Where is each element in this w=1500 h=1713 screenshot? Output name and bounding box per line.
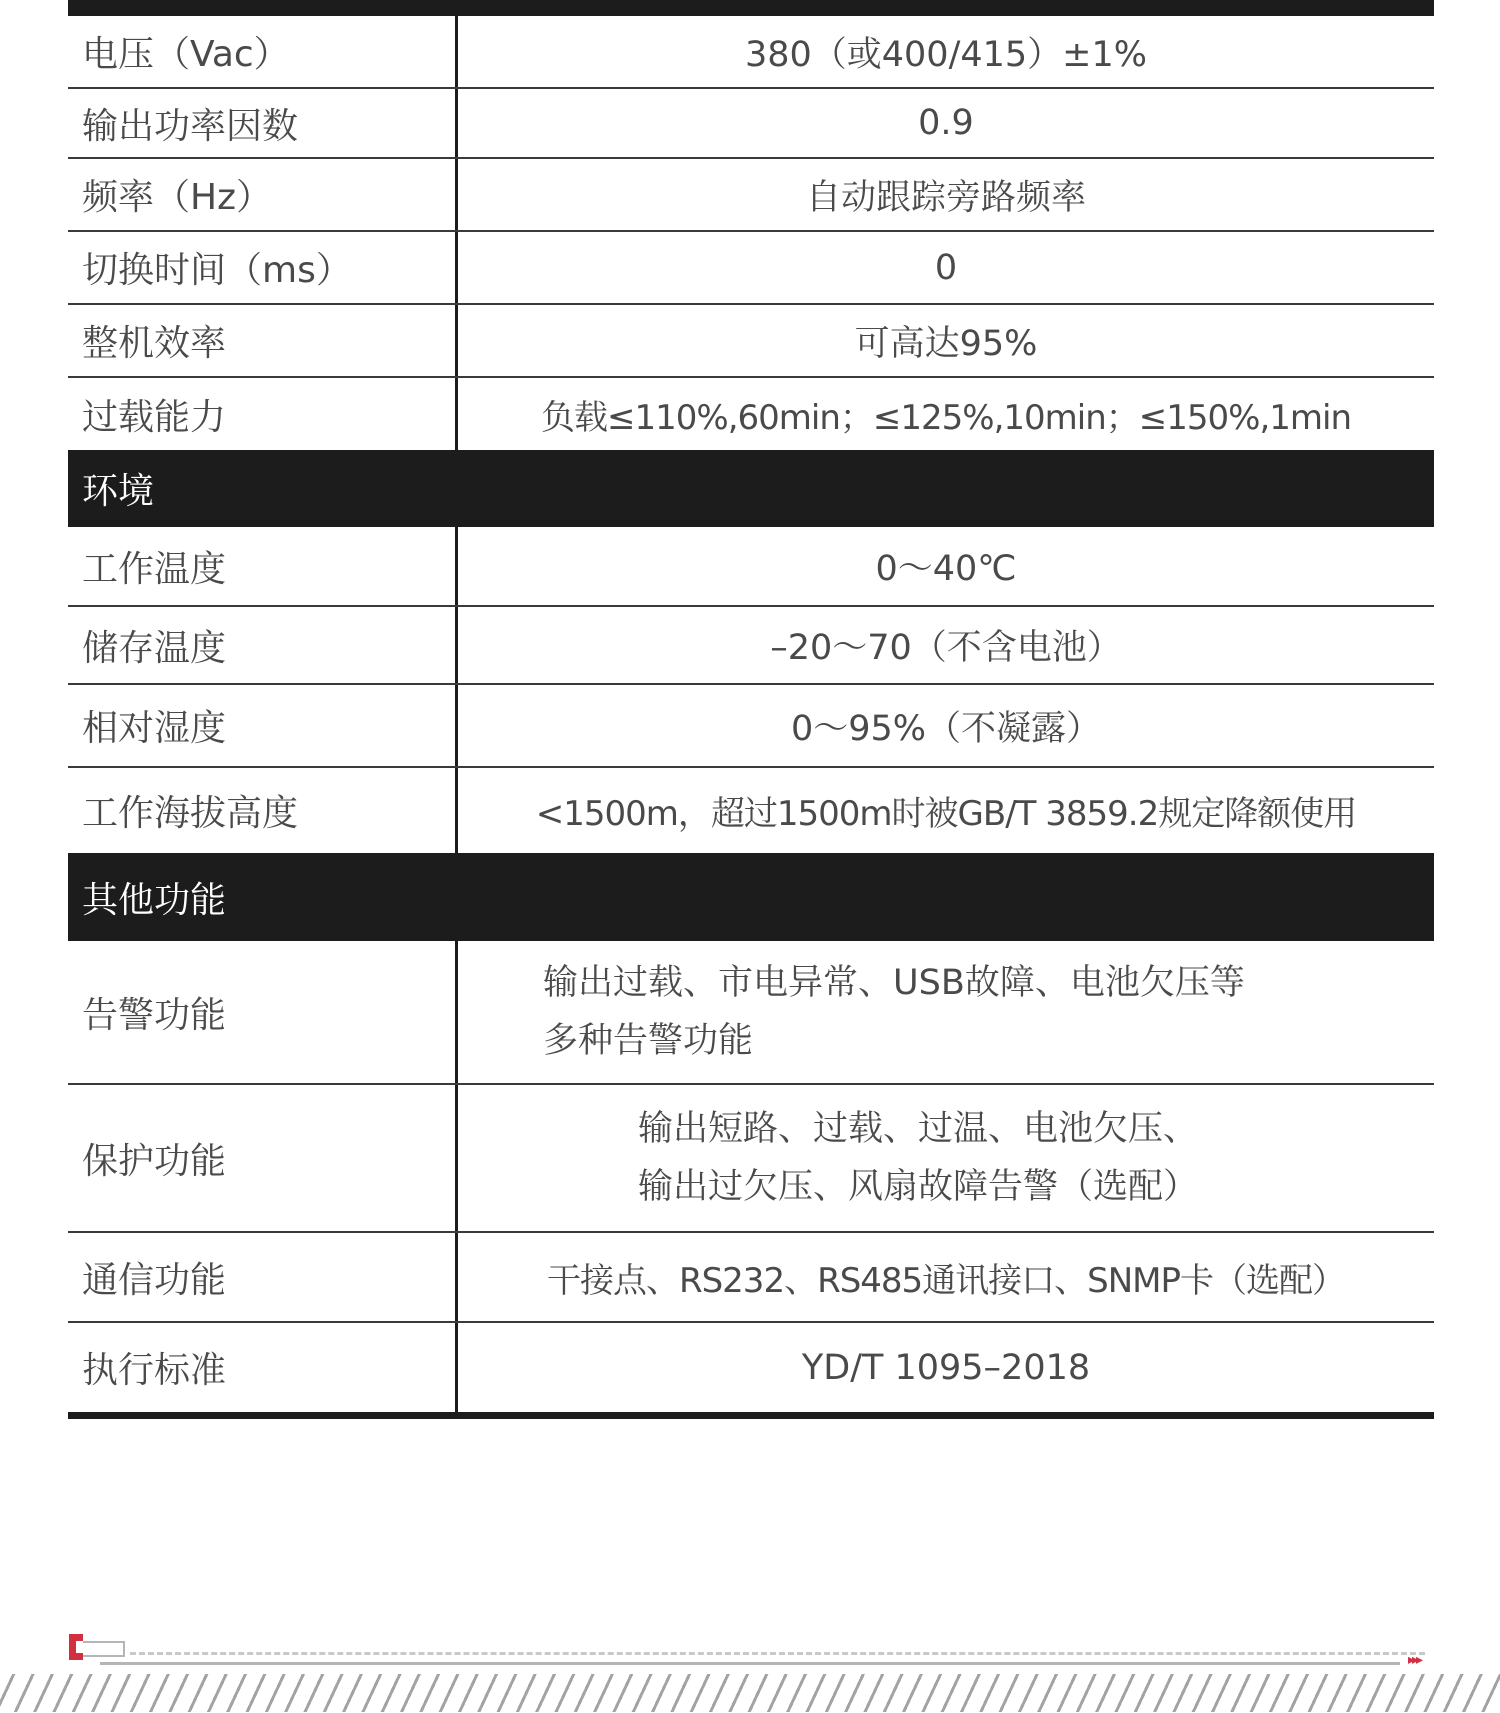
- value-line: 多种告警功能: [543, 1012, 753, 1070]
- row-value: 380（或400/415）±1%: [458, 16, 1434, 87]
- diagonal-hatch-pattern: [0, 1674, 1500, 1712]
- section-header-environment: 环境: [68, 450, 1434, 527]
- row-value: 0～95%（不凝露）: [458, 685, 1434, 766]
- row-label: 相对湿度: [68, 685, 458, 766]
- row-label: 保护功能: [68, 1085, 458, 1231]
- row-label: 执行标准: [68, 1323, 458, 1412]
- row-label: 通信功能: [68, 1233, 458, 1321]
- table-row: 通信功能 干接点、RS232、RS485通讯接口、SNMP卡（选配）: [68, 1233, 1434, 1323]
- row-value: 0.9: [458, 89, 1434, 157]
- table-row: 整机效率 可高达95%: [68, 305, 1434, 378]
- table-row: 输出功率因数 0.9: [68, 89, 1434, 159]
- row-value: 负载≤110%,60min；≤125%,10min；≤150%,1min: [458, 378, 1434, 450]
- row-label: 过载能力: [68, 378, 458, 450]
- row-label: 工作温度: [68, 527, 458, 605]
- row-label: 储存温度: [68, 607, 458, 683]
- row-label: 输出功率因数: [68, 89, 458, 157]
- value-line: 输出过载、市电异常、USB故障、电池欠压等: [543, 954, 1245, 1012]
- table-row: 工作海拔高度 <1500m，超过1500m时被GB/T 3859.2规定降额使用: [68, 768, 1434, 853]
- row-label: 电压（Vac）: [68, 16, 458, 87]
- table-row: 保护功能 输出短路、过载、过温、电池欠压、 输出过欠压、风扇故障告警（选配）: [68, 1085, 1434, 1233]
- table-row: 执行标准 YD/T 1095–2018: [68, 1323, 1434, 1419]
- row-value: 干接点、RS232、RS485通讯接口、SNMP卡（选配）: [458, 1233, 1434, 1321]
- row-label: 切换时间（ms）: [68, 232, 458, 303]
- spec-table: 电压（Vac） 380（或400/415）±1% 输出功率因数 0.9 频率（H…: [68, 0, 1434, 1419]
- triple-arrow-icon: ▸▸▸: [1408, 1653, 1420, 1667]
- table-row: 频率（Hz） 自动跟踪旁路频率: [68, 159, 1434, 232]
- table-row: 电压（Vac） 380（或400/415）±1%: [68, 16, 1434, 89]
- section-header-other-functions: 其他功能: [68, 853, 1434, 941]
- footer-decoration: ▸▸▸: [0, 1610, 1500, 1713]
- solid-divider: [100, 1662, 1400, 1665]
- dashed-divider: [130, 1652, 1425, 1655]
- table-row: 切换时间（ms） 0: [68, 232, 1434, 305]
- table-row: 相对湿度 0～95%（不凝露）: [68, 685, 1434, 768]
- section-title: 环境: [82, 463, 154, 514]
- row-value: 0: [458, 232, 1434, 303]
- bracket-box-icon: [83, 1641, 125, 1657]
- row-value: 输出短路、过载、过温、电池欠压、 输出过欠压、风扇故障告警（选配）: [458, 1085, 1434, 1231]
- row-value: 0～40℃: [458, 527, 1434, 605]
- row-value: 输出过载、市电异常、USB故障、电池欠压等 多种告警功能: [458, 941, 1434, 1083]
- row-label: 整机效率: [68, 305, 458, 376]
- value-line: 输出短路、过载、过温、电池欠压、: [638, 1100, 1198, 1158]
- row-value: YD/T 1095–2018: [458, 1323, 1434, 1412]
- row-value: 自动跟踪旁路频率: [458, 159, 1434, 230]
- value-line: 输出过欠压、风扇故障告警（选配）: [638, 1158, 1198, 1216]
- row-value: –20～70（不含电池）: [458, 607, 1434, 683]
- row-label: 频率（Hz）: [68, 159, 458, 230]
- table-row: 告警功能 输出过载、市电异常、USB故障、电池欠压等 多种告警功能: [68, 941, 1434, 1085]
- section-header-top: [68, 0, 1434, 16]
- row-label: 告警功能: [68, 941, 458, 1083]
- section-title: 其他功能: [82, 872, 226, 923]
- table-row: 过载能力 负载≤110%,60min；≤125%,10min；≤150%,1mi…: [68, 378, 1434, 450]
- row-value: 可高达95%: [458, 305, 1434, 376]
- bracket-icon: [69, 1634, 83, 1660]
- table-row: 储存温度 –20～70（不含电池）: [68, 607, 1434, 685]
- table-row: 工作温度 0～40℃: [68, 527, 1434, 607]
- row-value: <1500m，超过1500m时被GB/T 3859.2规定降额使用: [458, 768, 1434, 853]
- row-label: 工作海拔高度: [68, 768, 458, 853]
